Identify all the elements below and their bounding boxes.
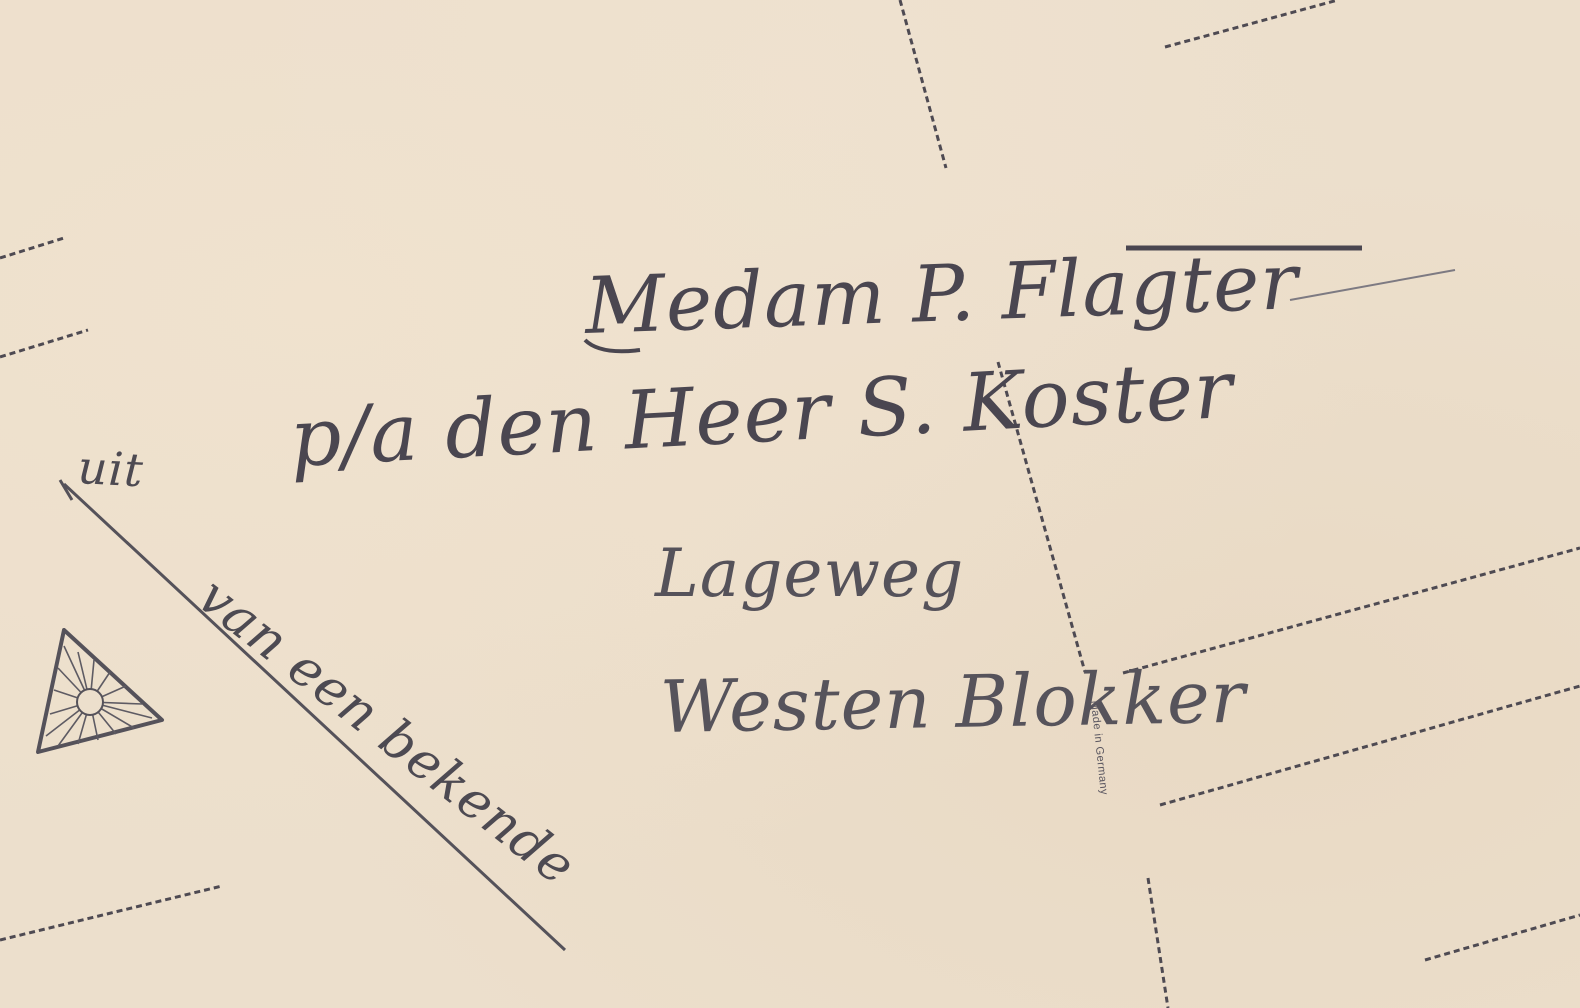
printed-dashed-lines [0,0,1580,1008]
address-line-street: Lageweg [655,535,964,612]
address-line-1 [1123,548,1580,673]
address-line-3 [1425,915,1580,960]
address-line-town: Westen Blokker [659,655,1246,749]
divider-top [900,0,946,168]
left-line-1 [0,238,64,258]
stamp-line-top [1165,0,1338,47]
left-line-2 [0,330,88,357]
sunburst-emblem-icon [34,624,168,758]
postcard-back: Medam P. Flagter p/a den Heer S. Koster … [0,0,1580,1008]
side-note-prefix: uit [77,440,146,497]
left-line-3 [0,886,222,940]
divider-bottom [1148,878,1168,1008]
